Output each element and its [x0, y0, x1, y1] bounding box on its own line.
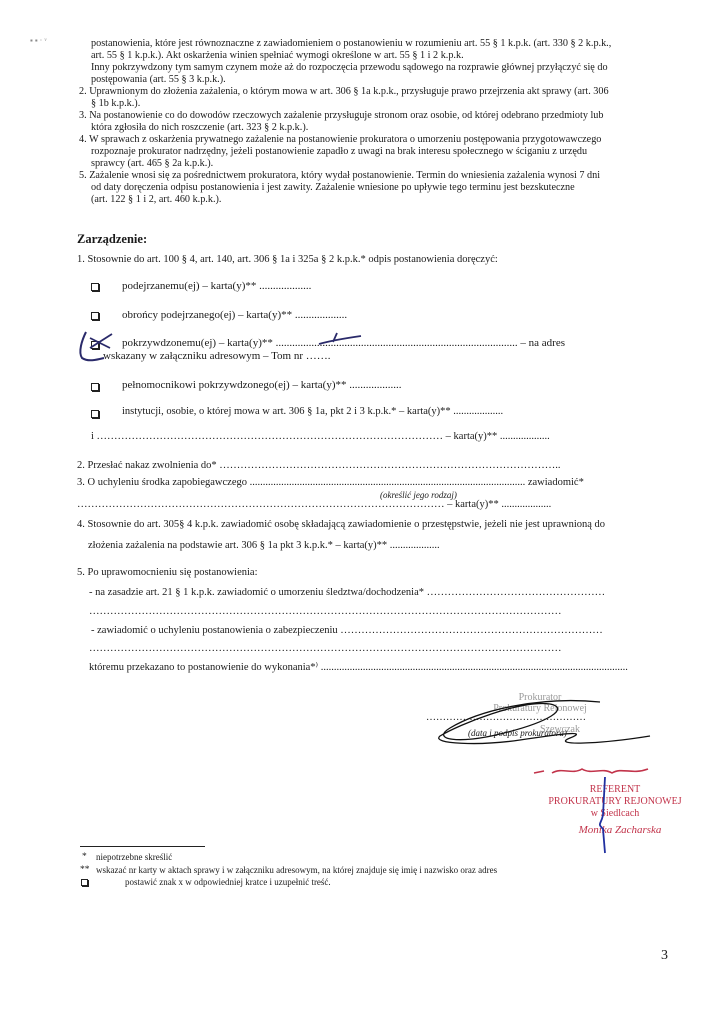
order-point-5: 5. Po uprawomocnieniu się postanowienia: [77, 567, 258, 579]
checkbox-institution[interactable] [91, 410, 99, 418]
order-point-3-line-2: …………………………………………………………………………………………… – ka… [77, 499, 551, 511]
note-2-line-2: § 1b k.p.k.). [91, 98, 140, 110]
recipient-suspect: podejrzanemu(ej) – karta(y)** ..........… [122, 280, 311, 292]
footnote-3: postawić znak x w odpowiedniej kratce i … [125, 876, 331, 888]
footnote-1: niepotrzebne skreślić [96, 851, 172, 863]
order-point-2: 2. Przesłać nakaz zwolnienia do* …………………… [77, 460, 561, 472]
order-point-5-a: - na zasadzie art. 21 § 1 k.p.k. zawiado… [89, 587, 605, 599]
note-5-line-1: 5. Zażalenie wnosi się za pośrednictwem … [79, 170, 654, 182]
red-stamp-scribble-icon [532, 763, 652, 779]
order-heading: Zarządzenie: [77, 233, 147, 245]
recipient-victim-attorney: pełnomocnikowi pokrzywdzonego(ej) – kart… [122, 379, 402, 391]
red-stamp-line-3: w Siedlcach [520, 808, 710, 820]
scan-marks: ▪ ▪ · ᵛ [30, 36, 47, 45]
note-3-line-2: która zgłosiła do nich roszczenie (art. … [91, 122, 308, 134]
checkbox-victim-attorney[interactable] [91, 383, 99, 391]
footnote-2-mark: ** [80, 864, 90, 876]
red-stamp-line-1: REFERENT [520, 784, 710, 796]
order-point-4-line-2: złożenia zażalenia na podstawie art. 306… [88, 540, 440, 552]
checkbox-suspect[interactable] [91, 283, 99, 291]
order-point-5-b: - zawiadomić o uchyleniu postanowienia o… [91, 625, 603, 637]
footnote-1-mark: * [82, 851, 87, 863]
note-2-line-1: 2. Uprawnionym do złożenia zażalenia, o … [79, 86, 654, 98]
checkbox-defender[interactable] [91, 312, 99, 320]
note-1-line-3: Inny pokrzywdzony tym samym czynem może … [91, 62, 654, 74]
note-5-line-3: (art. 122 § 1 i 2, art. 460 k.p.k.). [91, 194, 221, 206]
order-point-5-b-line-2: …………………………………………………………………………………………………………… [89, 643, 562, 655]
note-4-line-3: sprawcy (art. 465 § 2a k.p.k.). [91, 158, 213, 170]
note-1-line-4: postępowania (art. 55 § 3 k.p.k.). [91, 74, 654, 86]
recipient-victim: pokrzywdzonemu(ej) – karta(y)** ........… [122, 337, 682, 349]
note-1-line-1: postanowienia, które jest równoznaczne z… [91, 38, 654, 50]
referent-signature-icon [595, 775, 615, 855]
note-5-line-2: od daty doręczenia odpisu postanowienia … [91, 182, 654, 194]
prosecutor-signature-icon [420, 690, 660, 750]
note-4-line-1: 4. W sprawach z oskarżenia prywatnego za… [79, 134, 654, 146]
order-point-1: 1. Stosownie do art. 100 § 4, art. 140, … [77, 254, 498, 266]
footnote-3-checkbox-icon [81, 879, 88, 886]
footnote-divider [80, 846, 205, 847]
red-stamp-line-2: PROKURATURY REJONOWEJ [520, 796, 710, 808]
note-1-line-2: art. 55 § 1 k.p.k.). Akt oskarżenia wini… [91, 50, 654, 62]
order-point-5-a-line-2: …………………………………………………………………………………………………………… [89, 606, 562, 618]
red-stamp: REFERENT PROKURATURY REJONOWEJ w Siedlca… [520, 784, 710, 836]
note-3-line-1: 3. Na postanowienie co do dowodów rzeczo… [79, 110, 654, 122]
recipient-institution: instytucji, osobie, o której mowa w art.… [122, 406, 503, 418]
recipient-other: i ……………………………………………………………………………………… – ka… [91, 431, 550, 443]
order-point-3: 3. O uchyleniu środka zapobiegawczego ..… [77, 477, 657, 489]
order-point-4-line-1: 4. Stosownie do art. 305§ 4 k.p.k. zawia… [77, 519, 657, 531]
order-point-5-c: któremu przekazano to postanowienie do w… [89, 662, 649, 674]
red-stamp-name: Monika Zacharska [530, 824, 710, 836]
handwritten-number-icon [315, 330, 365, 348]
footnote-2: wskazać nr karty w aktach sprawy i w zał… [96, 864, 497, 876]
recipient-victim-address: wskazany w załączniku adresowym – Tom nr… [103, 350, 331, 362]
page-number: 3 [661, 950, 668, 962]
note-4-line-2: rozpoznaje prokurator nadrzędny, jeżeli … [91, 146, 654, 158]
recipient-defender: obrońcy podejrzanego(ej) – karta(y)** ..… [122, 309, 347, 321]
